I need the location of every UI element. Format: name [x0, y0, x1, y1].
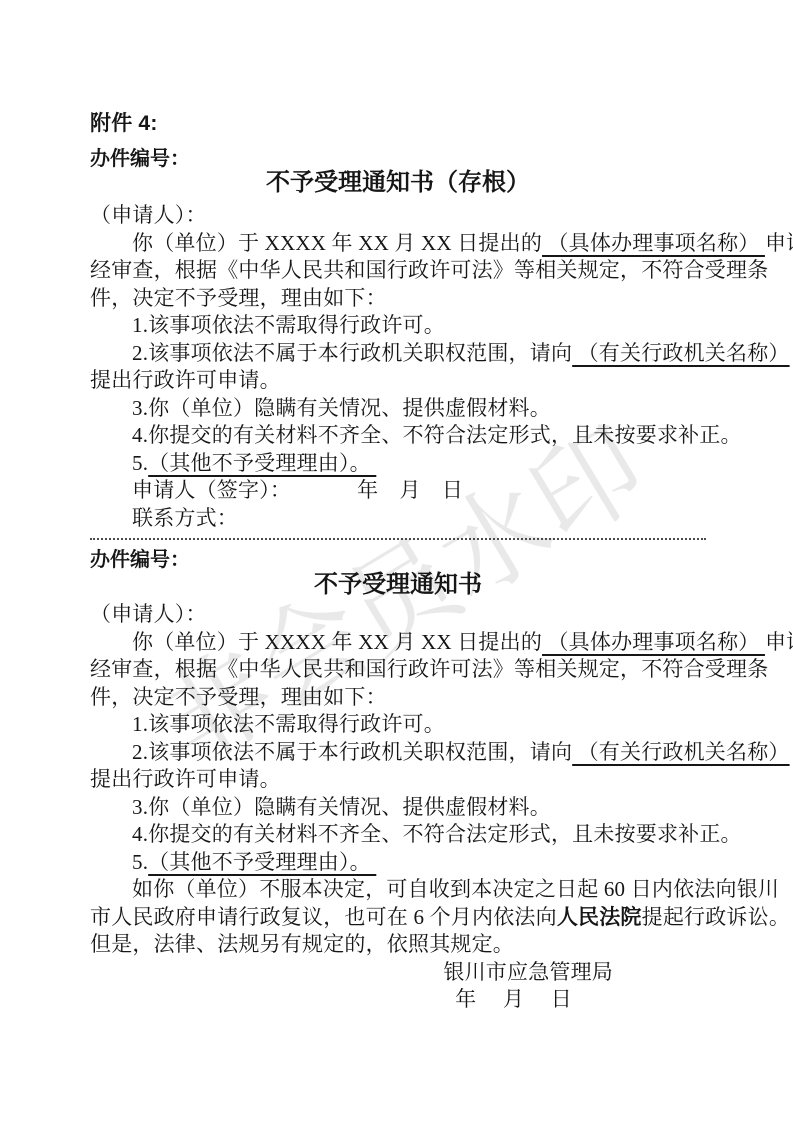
text-segment: 申请， — [765, 630, 793, 654]
signature-date-blank: 年 月 日 — [357, 478, 463, 502]
stub-reason-1: 1.该事项依法不需取得行政许可。 — [90, 312, 706, 340]
notice-appeal-line-1: 如你（单位）不服本决定，可自收到本决定之日起 60 日内依法向银川 — [90, 876, 706, 904]
peoples-court-bold-text: 人民法院 — [557, 905, 642, 929]
stub-reason-3: 3.你（单位）隐瞒有关情况、提供虚假材料。 — [90, 395, 706, 423]
notice-reason-4: 4.你提交的有关材料不齐全、不符合法定形式，且未按要求补正。 — [90, 821, 706, 849]
notice-reason-1: 1.该事项依法不需取得行政许可。 — [90, 711, 706, 739]
notice-body: （申请人）： 你（单位）于 XXXX 年 XX 月 XX 日提出的 （具体办理事… — [90, 601, 706, 1014]
notice-title: 不予受理通知书 — [90, 570, 706, 600]
stub-reason-5: 5.（其他不予受理理由）。 — [90, 450, 706, 478]
blank-item-name-underline: （具体办理事项名称） — [542, 231, 765, 255]
notice-reason-2-line-2: 提出行政许可申请。 — [90, 766, 706, 794]
text-segment: 申请， — [765, 231, 793, 255]
blank-other-reason-underline: （其他不予受理理由）。 — [148, 850, 376, 874]
stub-reason-2-line-1: 2.该事项依法不属于本行政机关职权范围，请向 （有关行政机关名称） — [90, 340, 706, 368]
stub-salutation: （申请人）： — [90, 202, 706, 230]
notice-appeal-line-3: 但是，法律、法规另有规定的，依照其规定。 — [90, 931, 706, 959]
stub-title: 不予受理通知书（存根） — [90, 168, 706, 198]
text-segment: 市人民政府申请行政复议，也可在 6 个月内依法向 — [90, 905, 557, 929]
dotted-tear-line — [90, 527, 706, 540]
stub-body: （申请人）： 你（单位）于 XXXX 年 XX 月 XX 日提出的 （具体办理事… — [90, 202, 706, 532]
blank-item-name-underline: （具体办理事项名称） — [542, 630, 765, 654]
notice-paragraph-line-2: 经审查，根据《中华人民共和国行政许可法》等相关规定，不符合受理条 — [90, 656, 706, 684]
blank-authority-name-underline: （有关行政机关名称） — [572, 341, 789, 365]
notice-reason-3: 3.你（单位）隐瞒有关情况、提供虚假材料。 — [90, 794, 706, 822]
text-segment: 5. — [132, 451, 148, 475]
notice-reason-2-line-1: 2.该事项依法不属于本行政机关职权范围，请向 （有关行政机关名称） — [90, 739, 706, 767]
notice-paragraph-line-1: 你（单位）于 XXXX 年 XX 月 XX 日提出的 （具体办理事项名称） 申请… — [90, 629, 706, 657]
text-segment: 你（单位）于 XXXX 年 XX 月 XX 日提出的 — [132, 630, 542, 654]
stub-reason-4: 4.你提交的有关材料不齐全、不符合法定形式，且未按要求补正。 — [90, 422, 706, 450]
notice-appeal-line-2: 市人民政府申请行政复议，也可在 6 个月内依法向人民法院提起行政诉讼。 — [90, 904, 706, 932]
notice-reason-5: 5.（其他不予受理理由）。 — [90, 849, 706, 877]
text-segment: 你（单位）于 XXXX 年 XX 月 XX 日提出的 — [132, 231, 542, 255]
text-segment: 提起行政诉讼。 — [642, 905, 790, 929]
notice-paragraph-line-3: 件，决定不予受理，理由如下： — [90, 684, 706, 712]
text-segment: 2.该事项依法不属于本行政机关职权范围，请向 — [132, 740, 572, 764]
issuer-name: 银川市应急管理局 — [90, 959, 706, 987]
document-page: 非会员水印 附件 4: 办件编号： 不予受理通知书（存根） （申请人）： 你（单… — [0, 0, 793, 1122]
notice-salutation: （申请人）： — [90, 601, 706, 629]
issue-date-blank: 年 月 日 — [90, 986, 706, 1014]
stub-reason-2-line-2: 提出行政许可申请。 — [90, 367, 706, 395]
attachment-label: 附件 4: — [90, 110, 158, 138]
stub-paragraph-line-1: 你（单位）于 XXXX 年 XX 月 XX 日提出的 （具体办理事项名称） 申请… — [90, 230, 706, 258]
text-segment: 5. — [132, 850, 148, 874]
blank-other-reason-underline: （其他不予受理理由）。 — [148, 451, 376, 475]
stub-paragraph-line-3: 件，决定不予受理，理由如下： — [90, 285, 706, 313]
signature-label: 申请人（签字）： — [132, 478, 291, 502]
blank-authority-name-underline: （有关行政机关名称） — [572, 740, 789, 764]
text-segment: 2.该事项依法不属于本行政机关职权范围，请向 — [132, 341, 572, 365]
stub-paragraph-line-2: 经审查，根据《中华人民共和国行政许可法》等相关规定，不符合受理条 — [90, 257, 706, 285]
stub-signature-line: 申请人（签字）：年 月 日 — [90, 477, 706, 505]
